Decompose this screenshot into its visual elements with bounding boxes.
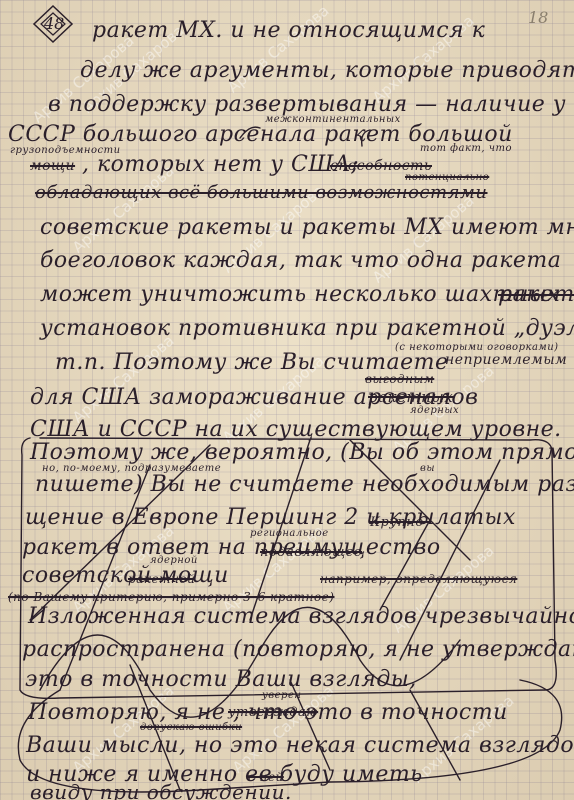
watermark: Архив Сахарова [69,331,177,426]
corner-page-number: 18 [528,8,548,27]
boxed-text-line: советской мощи [22,563,229,588]
boxed-text-line: Поэтому же, вероятно, (Вы об этом прямо … [30,440,574,465]
struck-text: допускаю ошибки [140,722,242,733]
struck-insertion: выгодным [365,372,434,386]
text-line: , которых нет у США; [82,152,359,177]
struck-text: утверждаю [228,705,318,720]
boxed-text-line: щение в Европе Першинг 2 и крылатых [25,505,516,530]
boxed-text-line: ракет в ответ на преимущество [22,535,441,560]
text-line: установок противника при ракетной „дуэли… [40,316,574,341]
struck-text: например, определяющуюся [320,572,517,586]
struck-text: обладающих всё большими возможностями [35,182,488,203]
struck-text: ракет [498,282,574,307]
struck-text: мощи [30,158,75,174]
insertion: ядерных [410,405,459,416]
text-line: советские ракеты и ракеты МХ имеют много [40,215,574,240]
boxed-text-line: ввиду при обсуждении. [30,780,292,800]
struck-text: подавляющее [260,545,362,560]
struck-text: (по Вашему критерию, примерно 3–6 кратно… [8,590,334,604]
circled-page-number: 48 [36,8,72,44]
text-line: ракет МХ. и не относящимся к [92,18,485,43]
struck-text: Крупно- [370,515,429,530]
struck-text: ракетной [128,572,195,586]
text-line: может уничтожить несколько шахтных [40,282,560,307]
insertion: неприемлемым [445,352,567,368]
struck-text: ракетных [368,388,453,406]
boxed-text-line: пишете) Вы не считаете необходимым разме… [35,472,574,497]
insertion: тот факт, что [420,143,512,154]
boxed-text-line: Изложенная система взглядов чрезвычайно [28,604,574,629]
boxed-text-line: это в точности Ваши взгляды, [25,667,417,692]
text-line: делу же аргументы, которые приводятся [80,58,574,83]
text-line: США и СССР на их существующем уровне. [30,417,562,442]
boxed-text-line: распространена (повторяю, я не утверждаю… [22,637,574,662]
boxed-text-line: Ваши мысли, но это некая система взглядо… [26,733,574,758]
text-line: боеголовок каждая, так что одна ракета [40,248,561,273]
